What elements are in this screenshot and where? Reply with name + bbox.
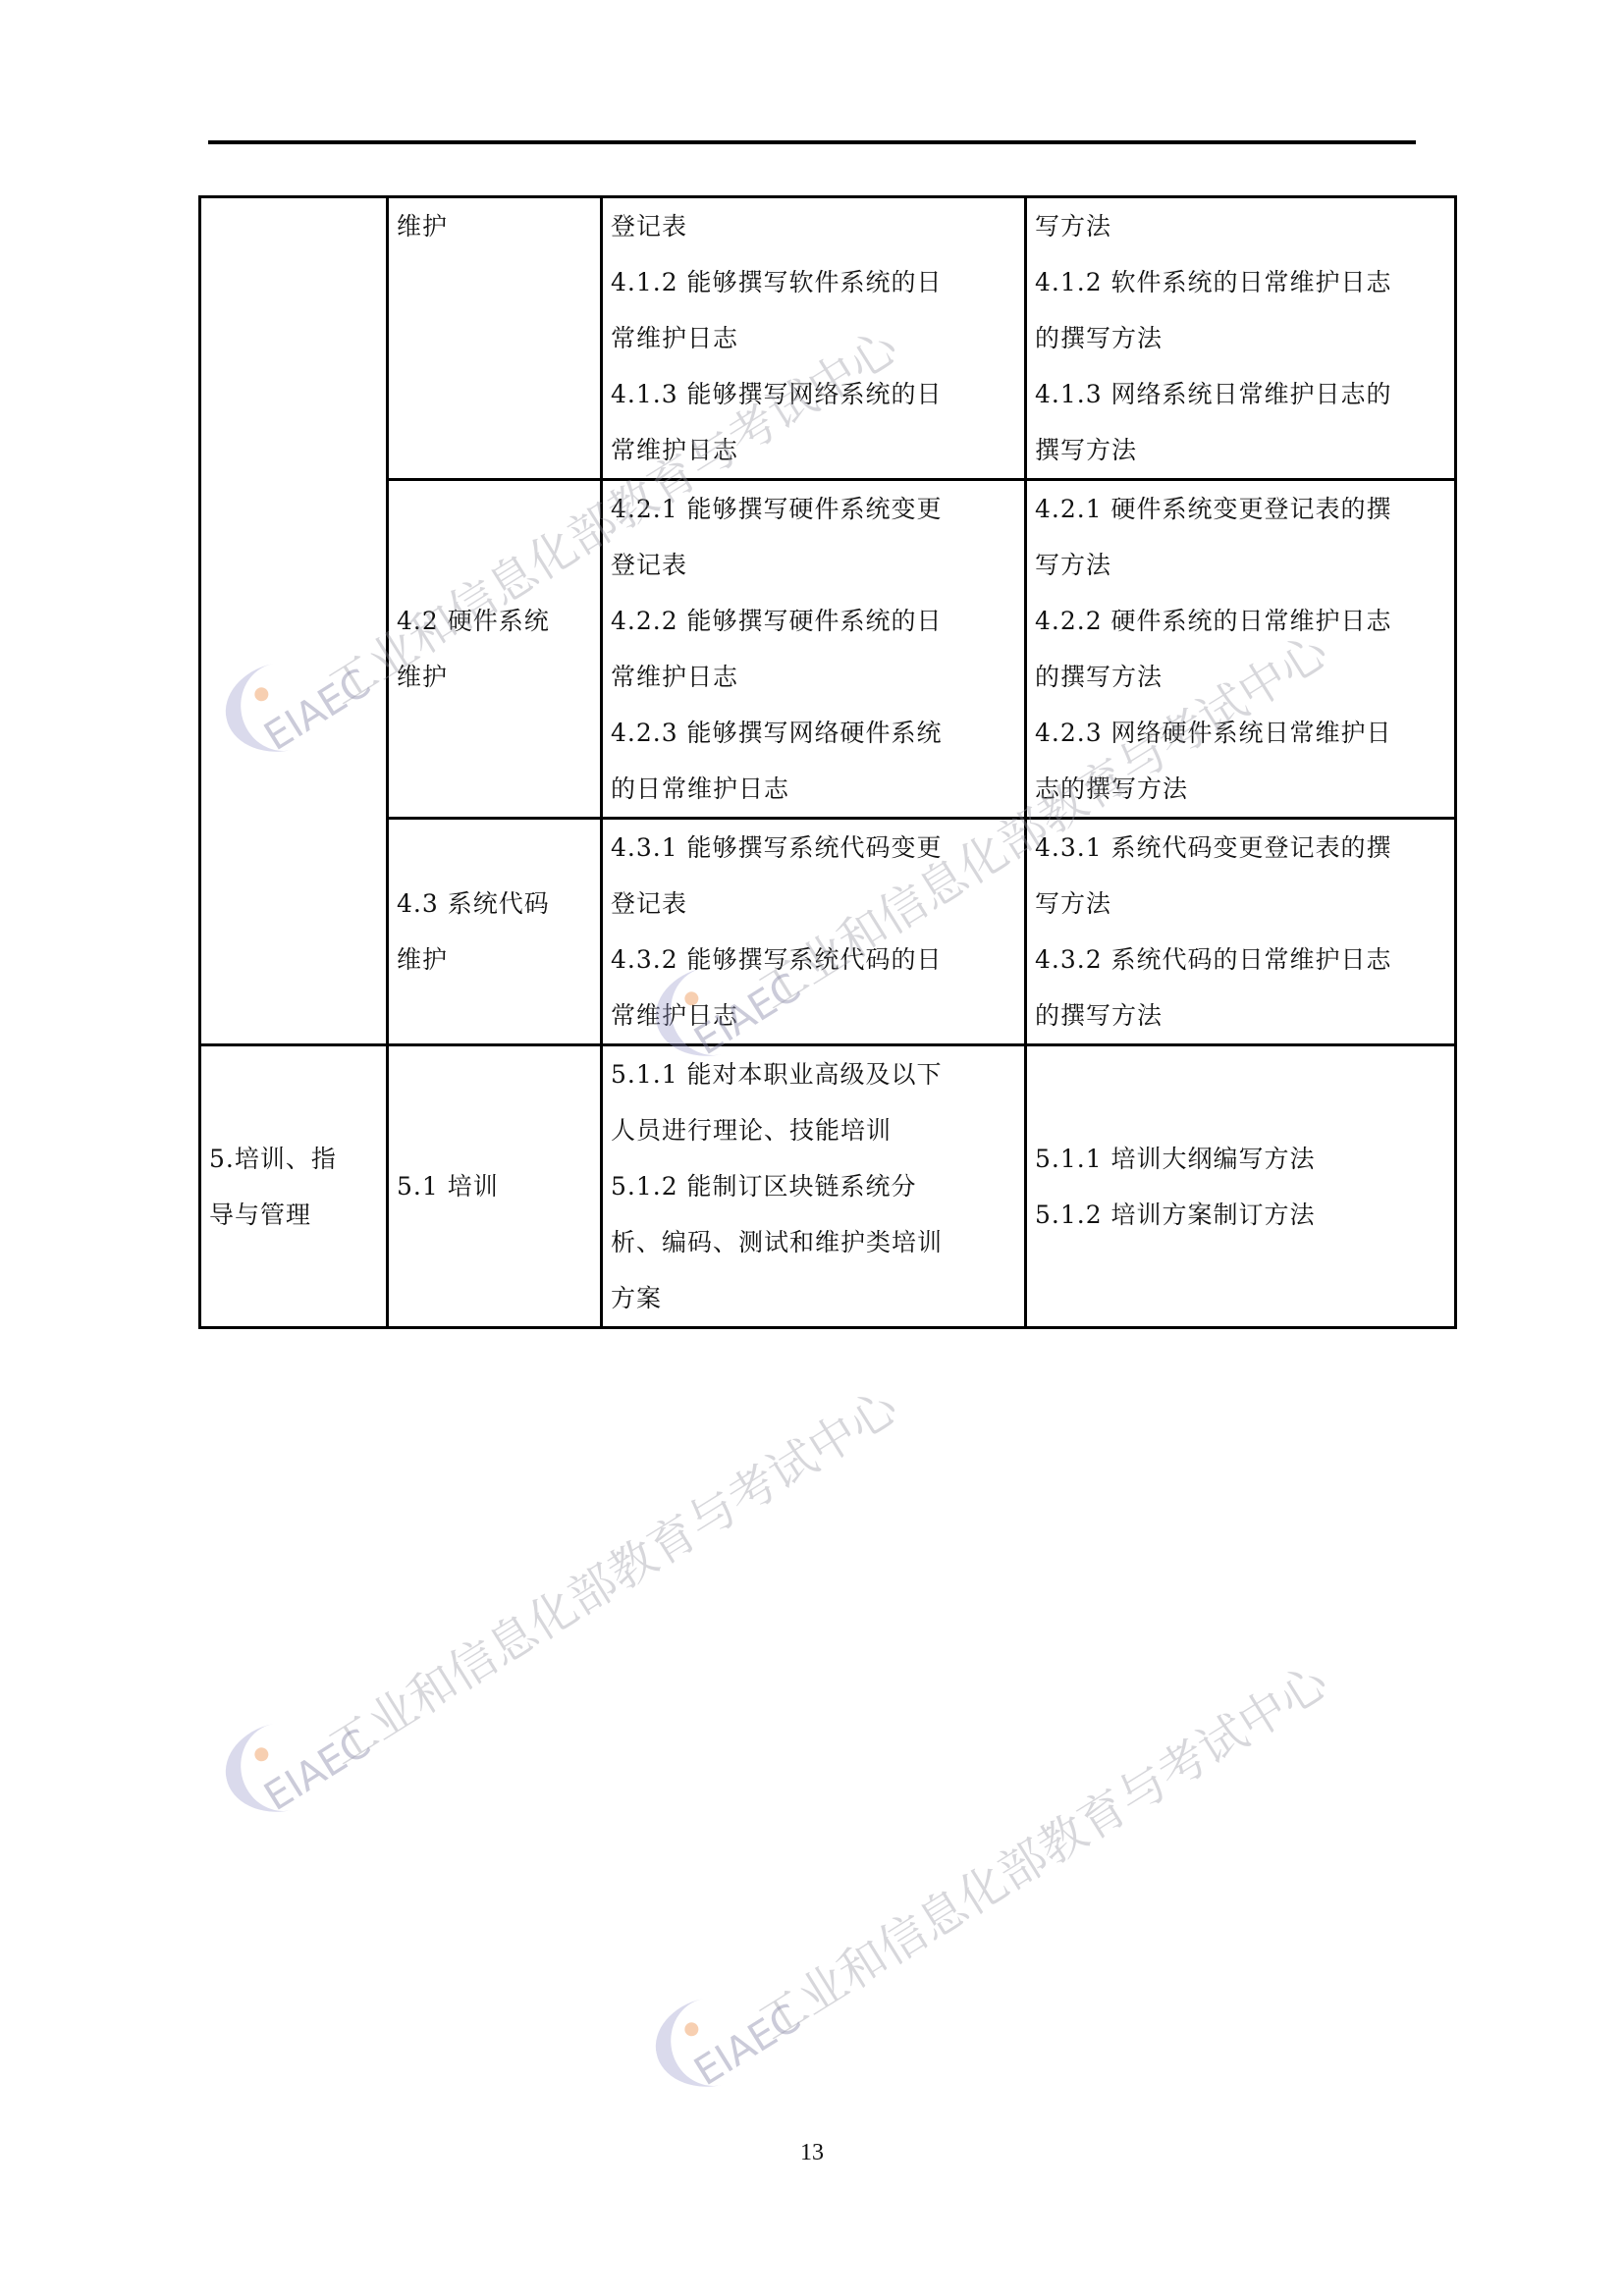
table-row: 4.2 硬件系统维护 4.2.1 能够撰写硬件系统变更登记表4.2.2 能够撰写… <box>200 480 1456 819</box>
cell-line: 4.2 硬件系统 <box>397 593 600 649</box>
cell-line: 4.2.2 硬件系统的日常维护日志 <box>1035 593 1454 649</box>
table-row: 维护 登记表4.1.2 能够撰写软件系统的日常维护日志4.1.3 能够撰写网络系… <box>200 197 1456 480</box>
skills-table: 维护 登记表4.1.2 能够撰写软件系统的日常维护日志4.1.3 能够撰写网络系… <box>198 195 1457 1329</box>
cell-line: 4.3.1 系统代码变更登记表的撰 <box>1035 820 1454 876</box>
cell-line: 4.1.3 能够撰写网络系统的日 <box>611 366 1024 422</box>
cell-line: 5.培训、指 <box>209 1131 386 1187</box>
cell-line: 4.1.2 能够撰写软件系统的日 <box>611 254 1024 310</box>
cell-line: 析、编码、测试和维护类培训 <box>611 1214 1024 1270</box>
cell-line: 的撰写方法 <box>1035 649 1454 705</box>
cell-line: 维护 <box>397 649 600 705</box>
cell-line: 5.1 培训 <box>397 1158 600 1214</box>
cell-line: 5.1.1 培训大纲编写方法 <box>1035 1131 1454 1187</box>
cell-line: 的撰写方法 <box>1035 988 1454 1043</box>
cell-line: 4.3.2 系统代码的日常维护日志 <box>1035 932 1454 988</box>
cell-line: 5.1.1 能对本职业高级及以下 <box>611 1046 1024 1102</box>
cell-unit: 4.3 系统代码维护 <box>388 819 602 1045</box>
cell-line: 写方法 <box>1035 876 1454 932</box>
cell-skill-requirements: 登记表4.1.2 能够撰写软件系统的日常维护日志4.1.3 能够撰写网络系统的日… <box>602 197 1026 480</box>
cell-skill-requirements: 4.2.1 能够撰写硬件系统变更登记表4.2.2 能够撰写硬件系统的日常维护日志… <box>602 480 1026 819</box>
watermark: EIAEC工业和信息化部教育与考试中心 <box>221 1370 908 1835</box>
cell-line: 4.3.1 能够撰写系统代码变更 <box>611 820 1024 876</box>
table-row: 5.培训、指导与管理 5.1 培训 5.1.1 能对本职业高级及以下人员进行理论… <box>200 1045 1456 1328</box>
cell-line: 4.1.2 软件系统的日常维护日志 <box>1035 254 1454 310</box>
cell-line: 登记表 <box>611 198 1024 254</box>
cell-line: 方案 <box>611 1270 1024 1326</box>
cell-line: 4.1.3 网络系统日常维护日志的 <box>1035 366 1454 422</box>
cell-line: 人员进行理论、技能培训 <box>611 1102 1024 1158</box>
cell-category-4 <box>200 197 388 1045</box>
cell-line: 4.2.1 能够撰写硬件系统变更 <box>611 481 1024 537</box>
cell-unit: 4.2 硬件系统维护 <box>388 480 602 819</box>
page-number: 13 <box>0 2140 1624 2166</box>
cell-related-knowledge: 4.2.1 硬件系统变更登记表的撰写方法4.2.2 硬件系统的日常维护日志的撰写… <box>1026 480 1456 819</box>
cell-line: 4.3.2 能够撰写系统代码的日 <box>611 932 1024 988</box>
cell-line: 常维护日志 <box>611 988 1024 1043</box>
cell-line: 的日常维护日志 <box>611 761 1024 817</box>
watermark-logo-icon: EIAEC <box>656 2002 779 2109</box>
cell-line: 常维护日志 <box>611 422 1024 478</box>
cell-line: 4.2.1 硬件系统变更登记表的撰 <box>1035 481 1454 537</box>
cell-line: 导与管理 <box>209 1187 386 1243</box>
cell-line: 4.2.3 能够撰写网络硬件系统 <box>611 705 1024 761</box>
cell-line: 维护 <box>397 198 600 254</box>
cell-related-knowledge: 4.3.1 系统代码变更登记表的撰写方法4.3.2 系统代码的日常维护日志的撰写… <box>1026 819 1456 1045</box>
cell-line: 登记表 <box>611 876 1024 932</box>
watermark-logo-icon: EIAEC <box>226 1728 349 1835</box>
cell-unit: 5.1 培训 <box>388 1045 602 1328</box>
cell-line: 4.2.3 网络硬件系统日常维护日 <box>1035 705 1454 761</box>
cell-skill-requirements: 4.3.1 能够撰写系统代码变更登记表4.3.2 能够撰写系统代码的日常维护日志 <box>602 819 1026 1045</box>
cell-line: 维护 <box>397 932 600 988</box>
cell-line: 4.2.2 能够撰写硬件系统的日 <box>611 593 1024 649</box>
cell-line: 写方法 <box>1035 537 1454 593</box>
cell-line: 5.1.2 培训方案制订方法 <box>1035 1187 1454 1243</box>
table-row: 4.3 系统代码维护 4.3.1 能够撰写系统代码变更登记表4.3.2 能够撰写… <box>200 819 1456 1045</box>
cell-line: 撰写方法 <box>1035 422 1454 478</box>
cell-related-knowledge: 5.1.1 培训大纲编写方法5.1.2 培训方案制订方法 <box>1026 1045 1456 1328</box>
cell-line: 4.3 系统代码 <box>397 876 600 932</box>
cell-line: 5.1.2 能制订区块链系统分 <box>611 1158 1024 1214</box>
cell-line: 登记表 <box>611 537 1024 593</box>
cell-skill-requirements: 5.1.1 能对本职业高级及以下人员进行理论、技能培训5.1.2 能制订区块链系… <box>602 1045 1026 1328</box>
header-rule <box>208 140 1416 144</box>
cell-line: 的撰写方法 <box>1035 310 1454 366</box>
cell-line: 常维护日志 <box>611 649 1024 705</box>
cell-line: 常维护日志 <box>611 310 1024 366</box>
watermark: EIAEC工业和信息化部教育与考试中心 <box>651 1645 1338 2109</box>
cell-line: 写方法 <box>1035 198 1454 254</box>
cell-unit: 维护 <box>388 197 602 480</box>
cell-category: 5.培训、指导与管理 <box>200 1045 388 1328</box>
cell-line: 志的撰写方法 <box>1035 761 1454 817</box>
cell-related-knowledge: 写方法4.1.2 软件系统的日常维护日志的撰写方法4.1.3 网络系统日常维护日… <box>1026 197 1456 480</box>
